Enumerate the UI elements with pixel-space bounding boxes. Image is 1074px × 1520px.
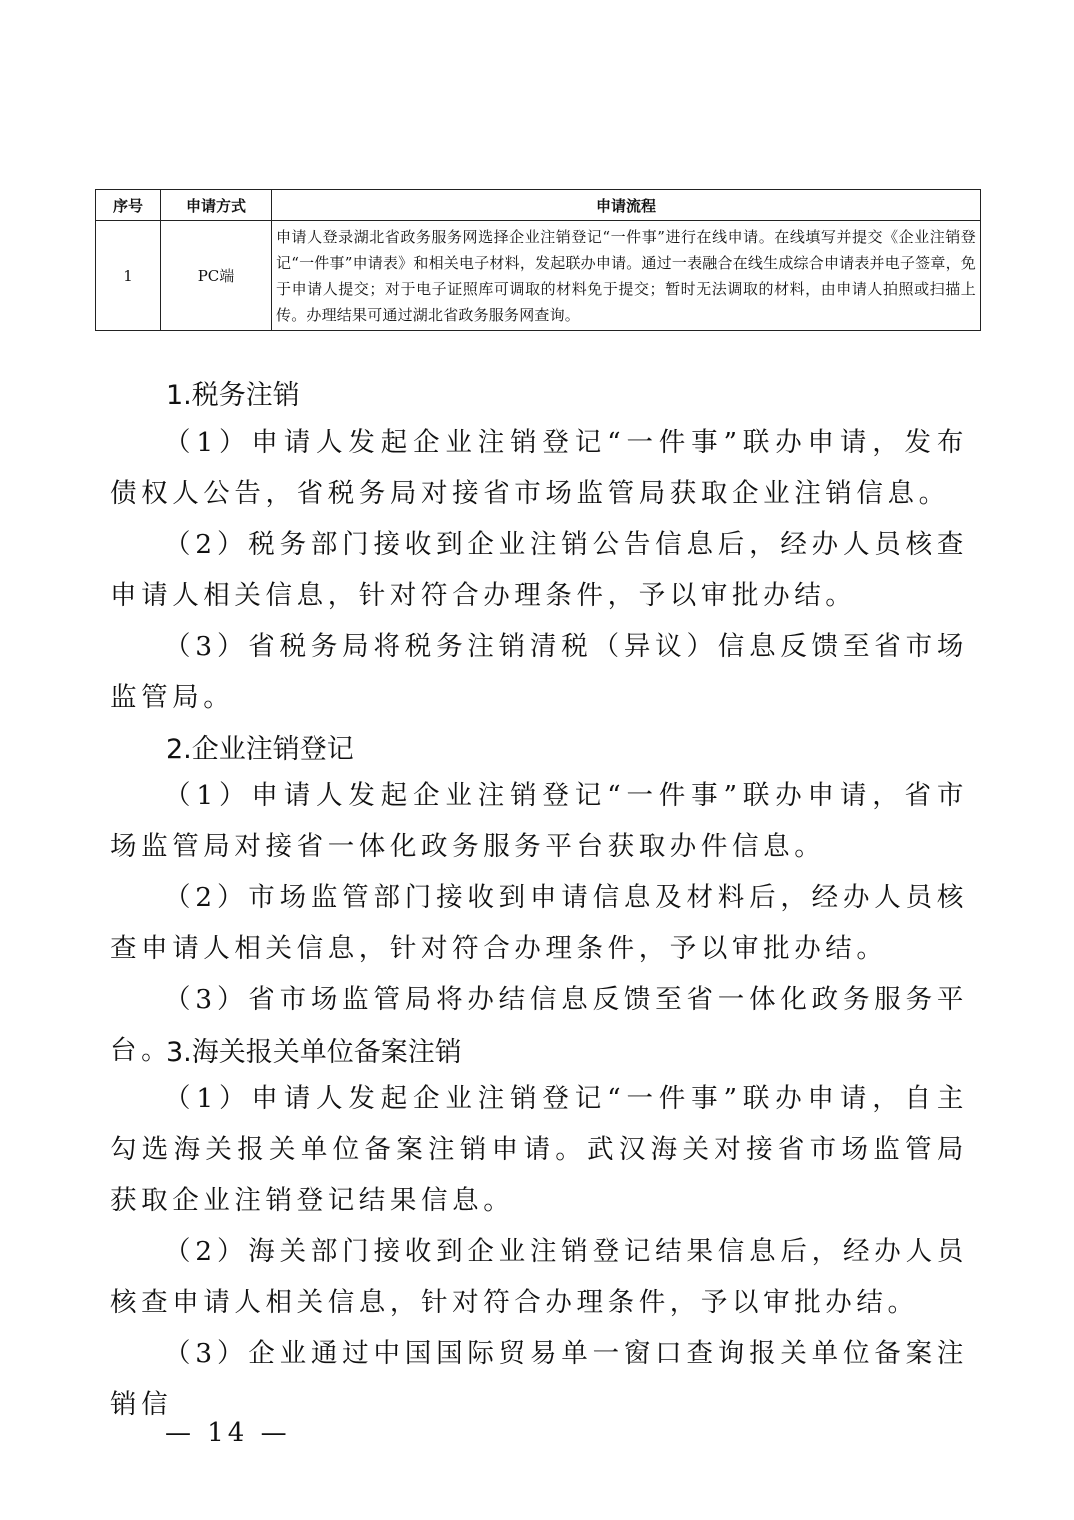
page-number: — 14 — <box>165 1418 291 1448</box>
paragraph: （3）企业通过中国国际贸易单一窗口查询报关单位备案注销信 <box>110 1328 968 1430</box>
cell-application-method: PC端 <box>161 221 272 331</box>
cell-serial-no: 1 <box>96 221 161 331</box>
table-header-row: 序号 申请方式 申请流程 <box>96 190 981 221</box>
section-heading-customs-deregistration: 3.海关报关单位备案注销 <box>166 1030 462 1069</box>
paragraph: （3）省税务局将税务注销清税（异议）信息反馈至省市场监管局。 <box>110 621 968 723</box>
table-row: 1 PC端 申请人登录湖北省政务服务网选择企业注销登记“一件事”进行在线申请。在… <box>96 221 981 331</box>
cell-application-flow: 申请人登录湖北省政务服务网选择企业注销登记“一件事”进行在线申请。在线填写并提交… <box>272 221 981 331</box>
paragraph: （2）市场监管部门接收到申请信息及材料后，经办人员核查申请人相关信息，针对符合办… <box>110 872 968 974</box>
paragraph: （2）海关部门接收到企业注销登记结果信息后，经办人员核查申请人相关信息，针对符合… <box>110 1226 968 1328</box>
header-application-method: 申请方式 <box>161 190 272 221</box>
paragraph: （1）申请人发起企业注销登记“一件事”联办申请，发布债权人公告，省税务局对接省市… <box>110 417 968 519</box>
section-heading-enterprise-deregistration: 2.企业注销登记 <box>166 727 354 766</box>
header-application-flow: 申请流程 <box>272 190 981 221</box>
paragraph: （1）申请人发起企业注销登记“一件事”联办申请，省市场监管局对接省一体化政务服务… <box>110 770 968 872</box>
header-serial-no: 序号 <box>96 190 161 221</box>
paragraph: （1）申请人发起企业注销登记“一件事”联办申请，自主勾选海关报关单位备案注销申请… <box>110 1073 968 1226</box>
paragraph: （2）税务部门接收到企业注销公告信息后，经办人员核查申请人相关信息，针对符合办理… <box>110 519 968 621</box>
application-process-table: 序号 申请方式 申请流程 1 PC端 申请人登录湖北省政务服务网选择企业注销登记… <box>95 189 981 331</box>
section-heading-tax-deregistration: 1.税务注销 <box>166 373 300 412</box>
